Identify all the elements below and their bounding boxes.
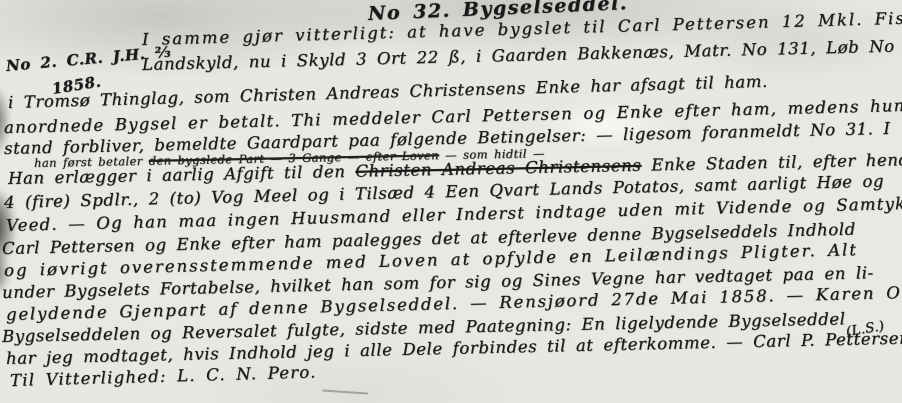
body-text: Enke Staden til, efter hendes Mand: bbox=[651, 148, 902, 174]
scanned-deed-page: No 32. Bygselseddel. No 2. C.R. J.H. ⅔ 1… bbox=[0, 0, 902, 403]
pencil-stroke bbox=[322, 389, 368, 394]
